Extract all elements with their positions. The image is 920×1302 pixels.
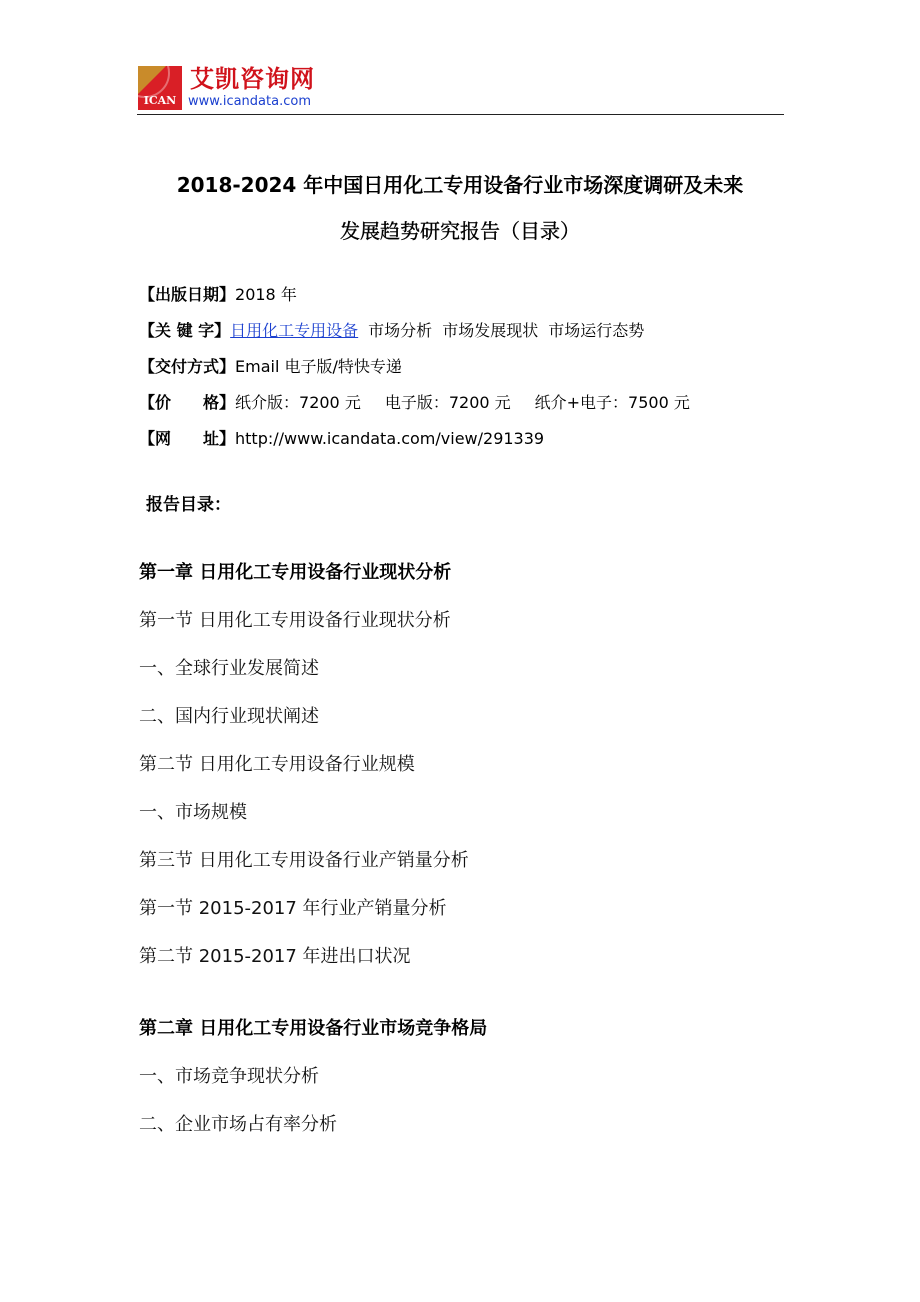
publish-date-label: 【出版日期】 [139,284,235,306]
meta-url: 【网 址】http://www.icandata.com/view/291339 [139,428,544,450]
toc-subitem: 二、企业市场占有率分析 [139,1113,337,1137]
meta-price: 【价 格】纸介版：7200 元电子版：7200 元纸介+电子：7500 元 [139,392,690,414]
keyword-link[interactable]: 日用化工专用设备 [230,321,358,340]
header-divider [137,114,784,115]
toc-subitem: 二、国内行业现状阐述 [139,705,319,729]
price-electronic: 电子版：7200 元 [385,393,511,412]
toc-subitem: 一、全球行业发展简述 [139,657,319,681]
toc-section: 第三节 日用化工专用设备行业产销量分析 [139,849,469,873]
logo-mark-text: ICAN [138,94,182,107]
url-value[interactable]: http://www.icandata.com/view/291339 [235,429,544,448]
logo-website-url: www.icandata.com [188,94,311,110]
keyword-item: 市场运行态势 [548,321,644,340]
toc-section: 第二节 2015-2017 年进出口状况 [139,945,411,969]
ican-logo-icon: ICAN [138,66,182,110]
toc-section: 第一节 日用化工专用设备行业现状分析 [139,609,451,633]
report-title-line-1: 2018-2024 年中国日用化工专用设备行业市场深度调研及未来 [130,172,790,198]
price-paper: 纸介版：7200 元 [235,393,361,412]
report-title-line-2: 发展趋势研究报告（目录） [130,218,790,244]
toc-heading: 报告目录： [146,493,231,517]
delivery-value: Email 电子版/特快专递 [235,357,402,376]
url-label: 【网 址】 [139,428,235,450]
meta-keywords: 【关 键 字】日用化工专用设备市场分析市场发展现状市场运行态势 [139,320,644,342]
price-label: 【价 格】 [139,392,235,414]
delivery-label: 【交付方式】 [139,356,235,378]
publish-date-value: 2018 年 [235,285,297,304]
price-combo: 纸介+电子：7500 元 [535,393,690,412]
meta-delivery: 【交付方式】Email 电子版/特快专递 [139,356,402,378]
keywords-label: 【关 键 字】 [139,320,230,342]
document-page: ICAN 艾凯咨询网 www.icandata.com 2018-2024 年中… [0,0,920,1302]
keyword-item: 市场发展现状 [442,321,538,340]
toc-chapter: 第二章 日用化工专用设备行业市场竞争格局 [139,1017,487,1041]
toc-section: 第二节 日用化工专用设备行业规模 [139,753,415,777]
toc-subitem: 一、市场竞争现状分析 [139,1065,319,1089]
toc-section: 第一节 2015-2017 年行业产销量分析 [139,897,447,921]
logo-brand-name: 艾凯咨询网 [190,64,315,94]
toc-subitem: 一、市场规模 [139,801,247,825]
keyword-item: 市场分析 [368,321,432,340]
meta-publish-date: 【出版日期】2018 年 [139,284,297,306]
page-header: ICAN 艾凯咨询网 www.icandata.com [138,64,784,116]
toc-chapter: 第一章 日用化工专用设备行业现状分析 [139,561,451,585]
